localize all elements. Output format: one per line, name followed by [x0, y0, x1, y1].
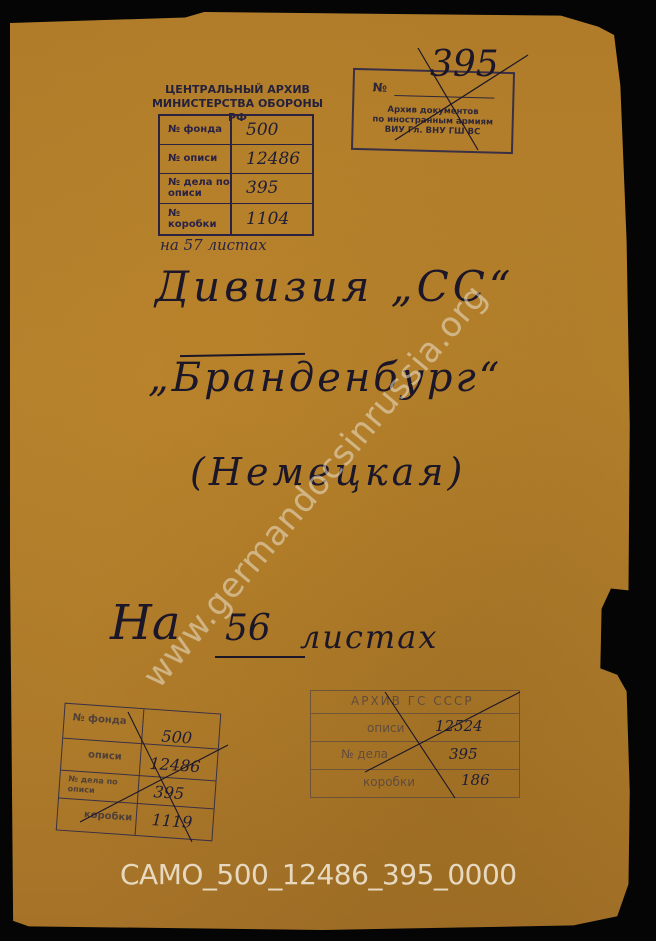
- opis-value: 12486: [232, 145, 312, 174]
- stamp-title: АРХИВ ГС СССР: [351, 694, 474, 708]
- box-value: 186: [461, 771, 490, 789]
- stamp-divider: [311, 769, 519, 770]
- opis-label: описи: [367, 721, 404, 735]
- delo-value: 395: [153, 782, 185, 803]
- sheets-suffix: листах: [300, 618, 438, 656]
- stamp-body: Архив документов по иностранным армиям В…: [353, 104, 512, 138]
- box-label: № коробки: [160, 204, 232, 234]
- box-value: 1119: [151, 810, 193, 832]
- delo-label: № дела: [341, 747, 388, 761]
- box-label: коробки: [363, 775, 415, 789]
- sheet-count-note: на 57 листах: [160, 236, 267, 254]
- file-id-label: CAMO_500_12486_395_0000: [120, 858, 540, 891]
- stamp-number-line: [394, 95, 494, 99]
- opis-label: № описи: [160, 145, 232, 174]
- delo-value: 395: [232, 174, 312, 205]
- delo-label: № дела по описи: [160, 174, 232, 205]
- title-brandenburg: „Бранденбург“: [148, 355, 502, 401]
- box-value: 1104: [232, 204, 312, 234]
- title-german: (Немецкая): [190, 450, 466, 494]
- fond-stamp: № фонда 500 описи 12486 № дела по описи …: [56, 703, 222, 842]
- stamp-divider: [311, 713, 519, 714]
- opis-value: 12524: [435, 717, 483, 735]
- archive-gs-ussr-stamp: АРХИВ ГС СССР описи 12524 № дела 395 кор…: [310, 690, 520, 798]
- stamp-title-line1: ЦЕНТРАЛЬНЫЙ АРХИВ: [150, 83, 325, 97]
- fond-label: № фонда: [72, 712, 127, 727]
- fond-value: 500: [232, 116, 312, 145]
- stamp-number-label: №: [372, 80, 387, 94]
- delo-label: № дела по описи: [67, 774, 134, 799]
- title-division: Дивизия „СС“: [155, 262, 514, 311]
- sheets-prefix: На: [110, 595, 180, 651]
- sheets-count: 56: [225, 608, 271, 649]
- box-label: коробки: [83, 809, 132, 823]
- stamp-column-divider: [135, 709, 145, 835]
- fond-label: № фонда: [160, 116, 232, 145]
- opis-label: описи: [88, 749, 122, 762]
- opis-value: 12486: [149, 754, 201, 777]
- sheets-count-underline: [215, 656, 305, 658]
- central-archive-stamp: № фонда 500 № описи 12486 № дела по опис…: [158, 114, 314, 236]
- stamp-divider: [311, 741, 519, 742]
- stamp-number-value: 395: [430, 44, 499, 85]
- delo-value: 395: [449, 745, 478, 763]
